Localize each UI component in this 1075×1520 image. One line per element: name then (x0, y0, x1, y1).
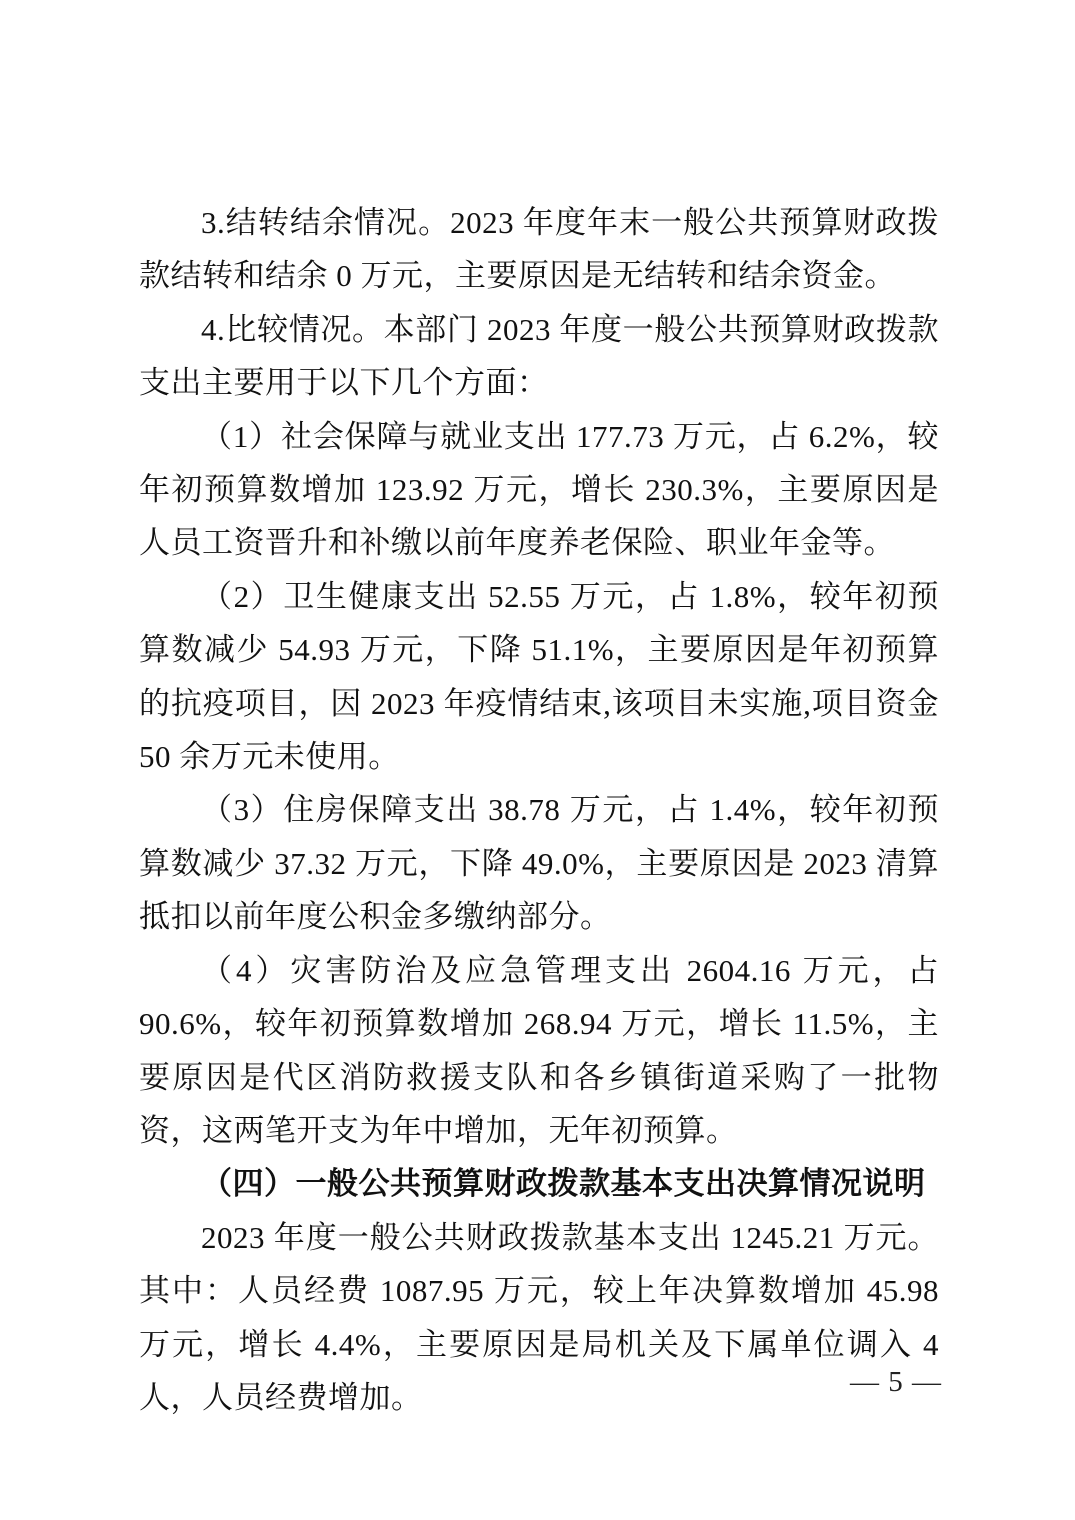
section-heading: （四）一般公共预算财政拨款基本支出决算情况说明 (139, 1157, 939, 1210)
document-page: 3.结转结余情况。2023 年度年末一般公共预算财政拨款结转和结余 0 万元，主… (0, 0, 1075, 1520)
paragraph: 2023 年度一般公共财政拨款基本支出 1245.21 万元。其中：人员经费 1… (139, 1211, 939, 1425)
paragraph: （3）住房保障支出 38.78 万元，占 1.4%，较年初预算数减少 37.32… (139, 783, 939, 943)
paragraph: 4.比较情况。本部门 2023 年度一般公共预算财政拨款支出主要用于以下几个方面… (139, 303, 939, 410)
paragraph: （2）卫生健康支出 52.55 万元，占 1.8%，较年初预算数减少 54.93… (139, 570, 939, 784)
paragraph: 3.结转结余情况。2023 年度年末一般公共预算财政拨款结转和结余 0 万元，主… (139, 196, 939, 303)
paragraph: （1）社会保障与就业支出 177.73 万元，占 6.2%，较年初预算数增加 1… (139, 410, 939, 570)
document-body: 3.结转结余情况。2023 年度年末一般公共预算财政拨款结转和结余 0 万元，主… (139, 196, 939, 1424)
paragraph: （4）灾害防治及应急管理支出 2604.16 万元，占 90.6%，较年初预算数… (139, 944, 939, 1158)
page-number: — 5 — (850, 1362, 942, 1402)
